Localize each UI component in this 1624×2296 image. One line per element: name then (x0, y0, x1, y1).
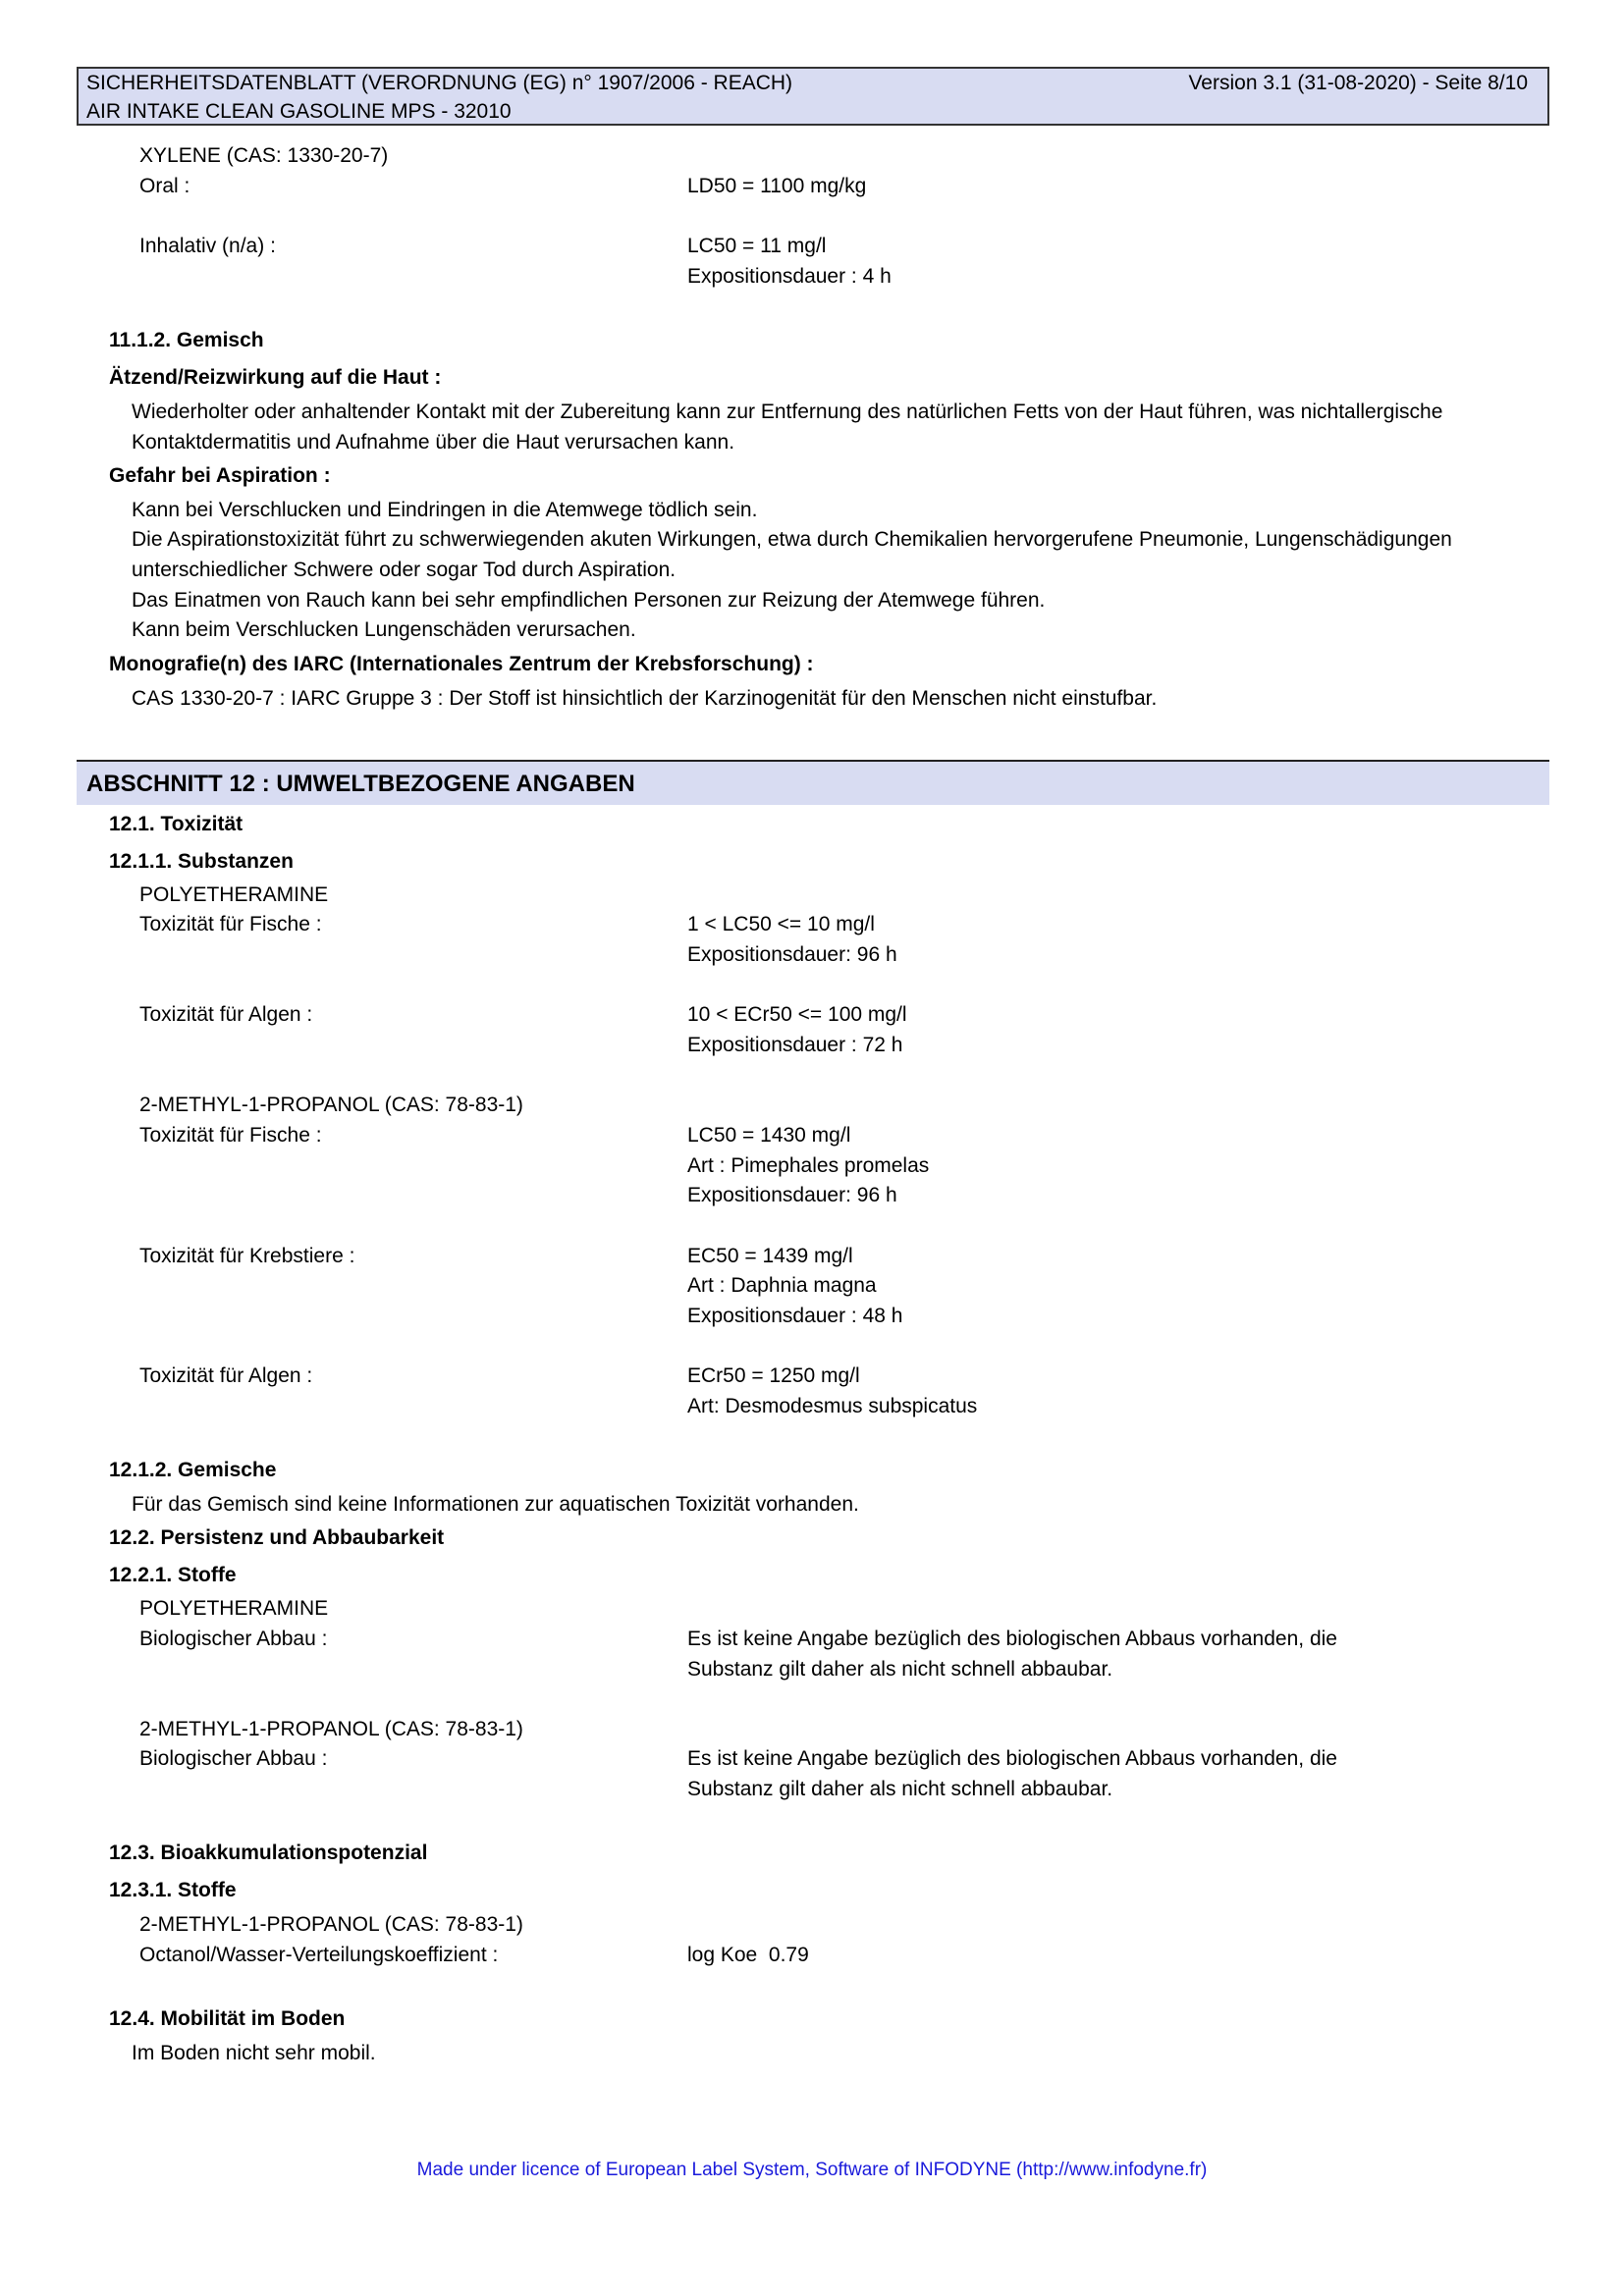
substance-name: 2-METHYL-1-PROPANOL (CAS: 78-83-1) (139, 1718, 523, 1741)
biodeg-label: Biologischer Abbau : (139, 1747, 327, 1771)
aspiration-text: Das Einatmen von Rauch kann bei sehr emp… (132, 589, 1045, 613)
mixture-text: Für das Gemisch sind keine Informationen… (132, 1493, 859, 1517)
fish-value: 1 < LC50 <= 10 mg/l (687, 913, 875, 936)
algae-label: Toxizität für Algen : (139, 1364, 312, 1388)
biodeg-text: Substanz gilt daher als nicht schnell ab… (687, 1658, 1112, 1682)
inhal-duration: Expositionsdauer : 4 h (687, 265, 892, 289)
version-page-info: Version 3.1 (31-08-2020) - Seite 8/10 (1188, 72, 1528, 95)
inhal-value: LC50 = 11 mg/l (687, 235, 826, 258)
subsection-heading: 12.4. Mobilität im Boden (109, 2007, 345, 2031)
aspiration-text: Kann bei Verschlucken und Eindringen in … (132, 499, 757, 522)
substance-name: 2-METHYL-1-PROPANOL (CAS: 78-83-1) (139, 1913, 523, 1937)
subsection-heading: 12.3.1. Stoffe (109, 1879, 237, 1902)
page-header: SICHERHEITSDATENBLATT (VERORDNUNG (EG) n… (77, 67, 1549, 126)
fish-label: Toxizität für Fische : (139, 1124, 322, 1148)
aspiration-text: Die Aspirationstoxizität führt zu schwer… (132, 528, 1452, 552)
crustacean-label: Toxizität für Krebstiere : (139, 1245, 354, 1268)
fish-species: Art : Pimephales promelas (687, 1154, 929, 1178)
crustacean-duration: Expositionsdauer : 48 h (687, 1305, 902, 1328)
skin-text: Kontaktdermatitis und Aufnahme über die … (132, 431, 734, 454)
document-title: SICHERHEITSDATENBLATT (VERORDNUNG (EG) n… (86, 72, 792, 95)
koe-label: Octanol/Wasser-Verteilungskoeffizient : (139, 1944, 498, 1967)
substance-name: POLYETHERAMINE (139, 1597, 328, 1621)
biodeg-text: Es ist keine Angabe bezüglich des biolog… (687, 1628, 1337, 1651)
biodeg-label: Biologischer Abbau : (139, 1628, 327, 1651)
subsection-heading: 12.3. Bioakkumulationspotenzial (109, 1842, 427, 1865)
fish-label: Toxizität für Fische : (139, 913, 322, 936)
algae-duration: Expositionsdauer : 72 h (687, 1034, 902, 1057)
substance-name: XYLENE (CAS: 1330-20-7) (139, 144, 388, 168)
fish-duration: Expositionsdauer: 96 h (687, 1184, 897, 1207)
biodeg-text: Substanz gilt daher als nicht schnell ab… (687, 1778, 1112, 1801)
biodeg-text: Es ist keine Angabe bezüglich des biolog… (687, 1747, 1337, 1771)
algae-species: Art: Desmodesmus subspicatus (687, 1395, 977, 1418)
mobility-text: Im Boden nicht sehr mobil. (132, 2042, 376, 2065)
algae-label: Toxizität für Algen : (139, 1003, 312, 1027)
subsection-heading: 12.1.1. Substanzen (109, 850, 294, 874)
subsection-heading: 11.1.2. Gemisch (109, 329, 264, 352)
inhal-label: Inhalativ (n/a) : (139, 235, 276, 258)
subsection-heading: 12.1.2. Gemische (109, 1459, 276, 1482)
substance-name: POLYETHERAMINE (139, 883, 328, 907)
product-name: AIR INTAKE CLEAN GASOLINE MPS - 32010 (86, 100, 512, 124)
iarc-text: CAS 1330-20-7 : IARC Gruppe 3 : Der Stof… (132, 687, 1157, 711)
oral-label: Oral : (139, 175, 189, 198)
koe-value: log Koe 0.79 (687, 1944, 809, 1967)
fish-value: LC50 = 1430 mg/l (687, 1124, 850, 1148)
skin-heading: Ätzend/Reizwirkung auf die Haut : (109, 366, 441, 390)
footer-licence: Made under licence of European Label Sys… (0, 2160, 1624, 2181)
subsection-heading: 12.1. Toxizität (109, 813, 243, 836)
substance-name: 2-METHYL-1-PROPANOL (CAS: 78-83-1) (139, 1094, 523, 1117)
algae-value: 10 < ECr50 <= 100 mg/l (687, 1003, 907, 1027)
crustacean-species: Art : Daphnia magna (687, 1274, 877, 1298)
fish-duration: Expositionsdauer: 96 h (687, 943, 897, 967)
section-title: ABSCHNITT 12 : UMWELTBEZOGENE ANGABEN (86, 771, 635, 798)
subsection-heading: 12.2.1. Stoffe (109, 1564, 237, 1587)
aspiration-heading: Gefahr bei Aspiration : (109, 464, 331, 488)
subsection-heading: 12.2. Persistenz und Abbaubarkeit (109, 1526, 444, 1550)
aspiration-text: Kann beim Verschlucken Lungenschäden ver… (132, 618, 636, 642)
crustacean-value: EC50 = 1439 mg/l (687, 1245, 853, 1268)
oral-value: LD50 = 1100 mg/kg (687, 175, 866, 198)
aspiration-text: unterschiedlicher Schwere oder sogar Tod… (132, 559, 676, 582)
skin-text: Wiederholter oder anhaltender Kontakt mi… (132, 400, 1442, 424)
iarc-heading: Monografie(n) des IARC (Internationales … (109, 653, 814, 676)
algae-value: ECr50 = 1250 mg/l (687, 1364, 860, 1388)
section-12-header: ABSCHNITT 12 : UMWELTBEZOGENE ANGABEN (77, 760, 1549, 805)
